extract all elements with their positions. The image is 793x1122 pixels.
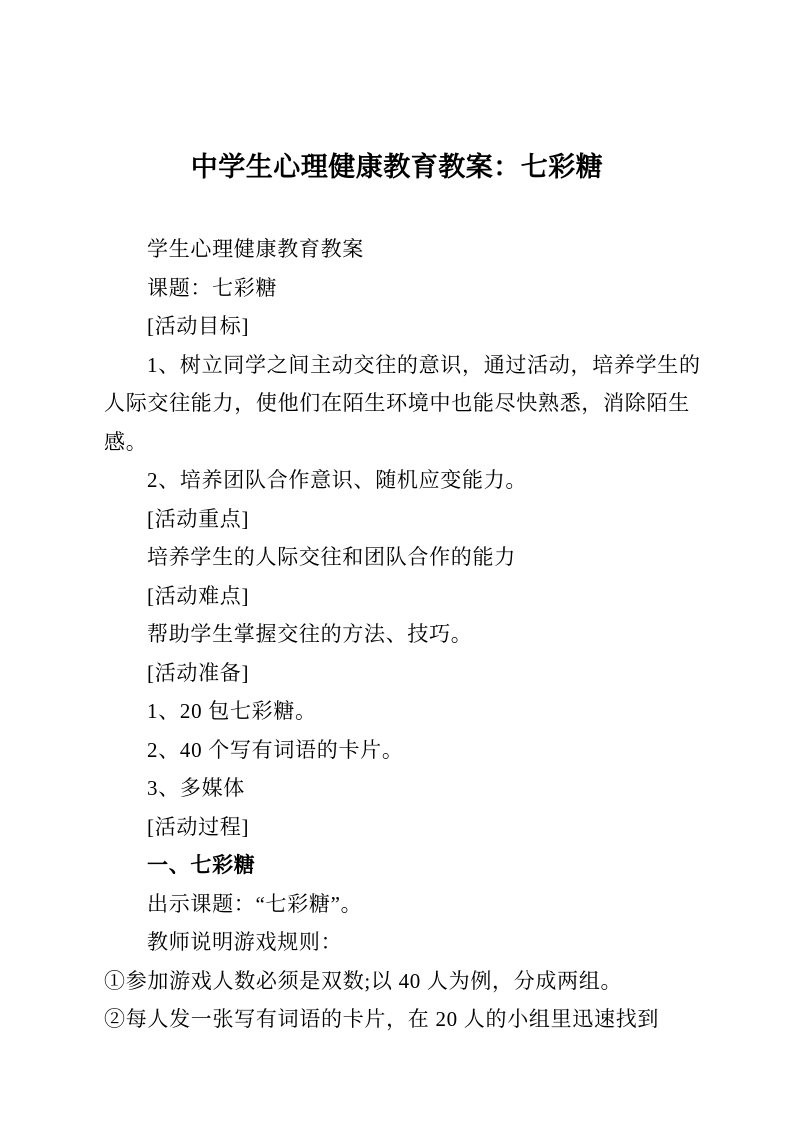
section-heading-qicaitang: 一、七彩糖 xyxy=(104,846,690,885)
paragraph-line: 培养学生的人际交往和团队合作的能力 xyxy=(104,538,690,577)
paragraph-line: 帮助学生掌握交往的方法、技巧。 xyxy=(104,615,690,654)
paragraph-line: 出示课题：“七彩糖”。 xyxy=(104,885,690,924)
section-label-activity-preparation: [活动准备] xyxy=(104,654,690,693)
paragraph-line: 1、树立同学之间主动交往的意识，通过活动，培养学生的 xyxy=(104,346,690,385)
paragraph-line: 2、培养团队合作意识、随机应变能力。 xyxy=(104,461,690,500)
paragraph-line: 感。 xyxy=(104,423,690,462)
document-title: 中学生心理健康教育教案：七彩糖 xyxy=(104,146,690,188)
section-label-activity-difficulty: [活动难点] xyxy=(104,577,690,616)
paragraph-line-topic: 课题：七彩糖 xyxy=(104,269,690,308)
document-body: 学生心理健康教育教案 课题：七彩糖 [活动目标] 1、树立同学之间主动交往的意识… xyxy=(104,230,690,1039)
paragraph-line-rule-1: ①参加游戏人数必须是双数;以 40 人为例，分成两组。 xyxy=(104,962,690,1001)
paragraph-line: 3、多媒体 xyxy=(104,769,690,808)
paragraph-line: 学生心理健康教育教案 xyxy=(104,230,690,269)
paragraph-line: 2、40 个写有词语的卡片。 xyxy=(104,731,690,770)
paragraph-line: 1、20 包七彩糖。 xyxy=(104,692,690,731)
section-label-activity-goals: [活动目标] xyxy=(104,307,690,346)
paragraph-line: 人际交往能力，使他们在陌生环境中也能尽快熟悉，消除陌生 xyxy=(104,384,690,423)
section-label-activity-process: [活动过程] xyxy=(104,808,690,847)
paragraph-line: 教师说明游戏规则： xyxy=(104,923,690,962)
section-label-activity-focus: [活动重点] xyxy=(104,500,690,539)
document-page: 中学生心理健康教育教案：七彩糖 学生心理健康教育教案 课题：七彩糖 [活动目标]… xyxy=(0,0,793,1122)
paragraph-line-rule-2: ②每人发一张写有词语的卡片，在 20 人的小组里迅速找到 xyxy=(104,1000,690,1039)
